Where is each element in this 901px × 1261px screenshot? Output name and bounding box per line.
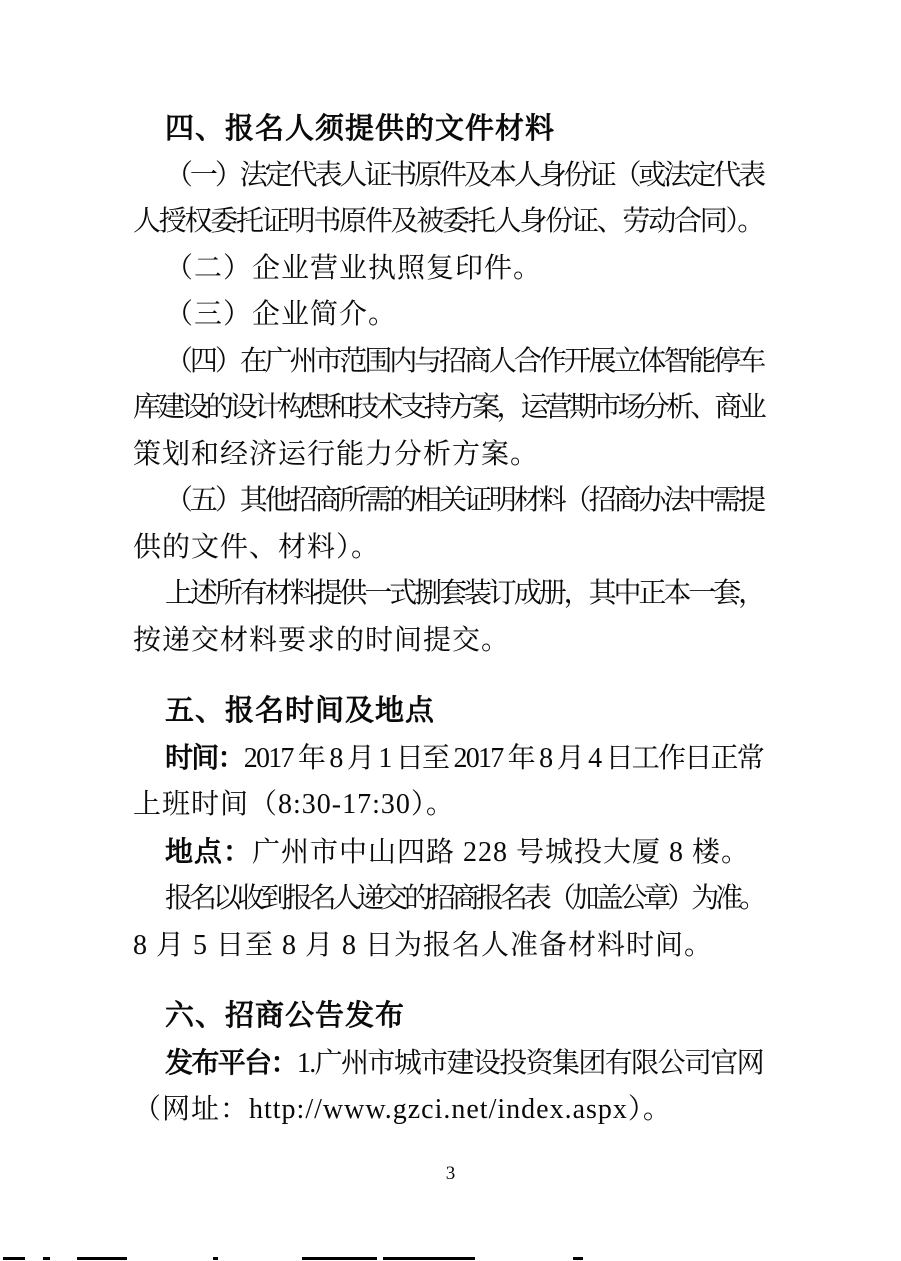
text-line: 地点：广州市中山四路 228 号城投大厦 8 楼。: [133, 829, 763, 877]
line-label: 发布平台：: [165, 1047, 297, 1078]
line-text: （五）其他招商所需的相关证明材料（招商办法中需提: [165, 485, 763, 516]
text-line: 时间：2017 年 8 月 1 日至 2017 年 8 月 4 日工作日正常: [133, 735, 763, 783]
scan-artifact: [43, 1257, 50, 1260]
text-line: （一）法定代表人证书原件及本人身份证（或法定代表: [133, 153, 763, 200]
section-heading: 五、报名时间及地点: [133, 688, 763, 735]
text-line: （网址：http://www.gzci.net/index.aspx）。: [133, 1087, 763, 1134]
line-text: （二）企业营业执照复印件。: [165, 253, 542, 284]
section-time-place: 五、报名时间及地点 时间：2017 年 8 月 1 日至 2017 年 8 月 …: [133, 688, 763, 969]
page-number: 3: [0, 1162, 901, 1186]
line-text: 策划和经济运行能力分析方案。: [133, 439, 539, 470]
document-page: 四、报名人须提供的文件材料 （一）法定代表人证书原件及本人身份证（或法定代表 人…: [0, 0, 901, 1261]
text-line: 发布平台：1.广州市城市建设投资集团有限公司官网: [133, 1040, 763, 1088]
text-line: 策划和经济运行能力分析方案。: [133, 432, 763, 479]
line-text: 8 月 5 日至 8 月 8 日为报名人准备材料时间。: [133, 930, 713, 961]
scan-artifact: [383, 1257, 475, 1260]
line-text: 上班时间（8:30-17:30）。: [133, 789, 455, 820]
text-line: （四）在广州市范围内与招商人合作开展立体智能停车: [133, 339, 763, 386]
scan-artifact: [302, 1257, 377, 1260]
text-line: 报名以收到报名人递交的招商报名表（加盖公章）为准。: [133, 876, 763, 923]
text-line: （五）其他招商所需的相关证明材料（招商办法中需提: [133, 478, 763, 525]
scan-artifact: [77, 1257, 127, 1260]
line-text: 2017 年 8 月 1 日至 2017 年 8 月 4 日工作日正常: [244, 743, 763, 774]
text-line: 按递交材料要求的时间提交。: [133, 618, 763, 665]
text-line: 上述所有材料提供一式捌套装订成册，其中正本一套，: [133, 571, 763, 618]
text-line: 库建设的设计构想和技术支持方案，运营期市场分析、商业: [133, 385, 763, 432]
section-heading: 六、招商公告发布: [133, 993, 763, 1040]
text-line: 上班时间（8:30-17:30）。: [133, 782, 763, 829]
line-text: （四）在广州市范围内与招商人合作开展立体智能停车: [165, 346, 763, 377]
scan-artifact: [213, 1257, 218, 1260]
line-text: 报名以收到报名人递交的招商报名表（加盖公章）为准。: [165, 883, 763, 914]
line-text: （三）企业简介。: [165, 299, 397, 330]
text-line: （二）企业营业执照复印件。: [133, 246, 763, 293]
section-announcement: 六、招商公告发布 发布平台：1.广州市城市建设投资集团有限公司官网 （网址：ht…: [133, 993, 763, 1134]
text-line: 人授权委托证明书原件及被委托人身份证、劳动合同）。: [133, 199, 763, 246]
line-text: 1.广州市城市建设投资集团有限公司官网: [297, 1048, 763, 1079]
section-heading: 四、报名人须提供的文件材料: [133, 106, 763, 153]
text-line: 8 月 5 日至 8 月 8 日为报名人准备材料时间。: [133, 923, 763, 970]
line-label: 时间：: [165, 742, 244, 773]
line-label: 地点：: [165, 836, 252, 867]
line-text: （一）法定代表人证书原件及本人身份证（或法定代表: [165, 160, 763, 191]
line-text: 按递交材料要求的时间提交。: [133, 625, 510, 656]
scan-artifact: [3, 1257, 25, 1260]
page-content: 四、报名人须提供的文件材料 （一）法定代表人证书原件及本人身份证（或法定代表 人…: [133, 106, 763, 1134]
text-line: （三）企业简介。: [133, 292, 763, 339]
line-text: 广州市中山四路 228 号城投大厦 8 楼。: [252, 837, 750, 868]
text-line: 供的文件、材料）。: [133, 525, 763, 572]
line-text: 上述所有材料提供一式捌套装订成册，其中正本一套，: [165, 578, 763, 609]
section-materials: 四、报名人须提供的文件材料 （一）法定代表人证书原件及本人身份证（或法定代表 人…: [133, 106, 763, 664]
line-text: 供的文件、材料）。: [133, 532, 380, 563]
line-text: （网址：http://www.gzci.net/index.aspx）。: [133, 1094, 672, 1125]
line-text: 人授权委托证明书原件及被委托人身份证、劳动合同）。: [133, 206, 763, 237]
line-text: 库建设的设计构想和技术支持方案，运营期市场分析、商业: [133, 392, 763, 423]
scan-artifact: [573, 1257, 583, 1260]
